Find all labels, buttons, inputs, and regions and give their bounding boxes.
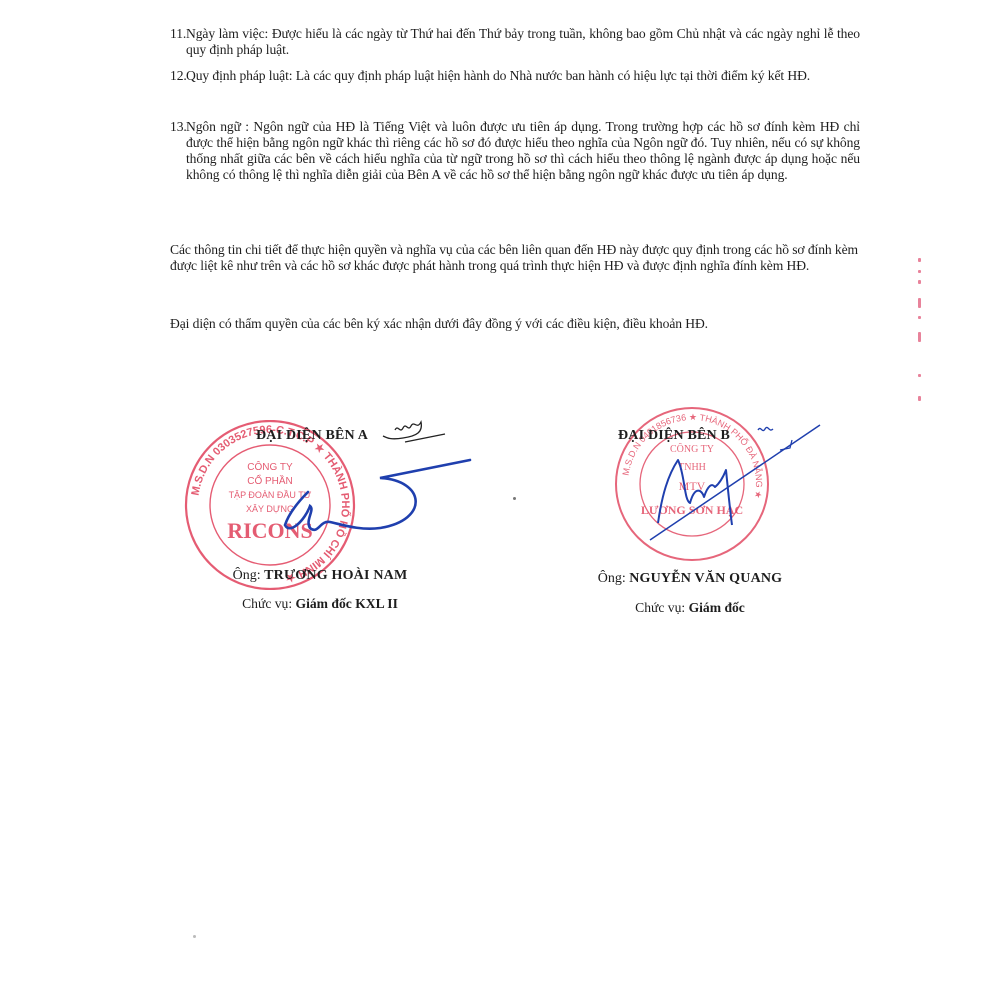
party-a-name-line: Ông: TRƯƠNG HOÀI NAM (200, 568, 440, 584)
party-b-name: NGUYỄN VĂN QUANG (629, 571, 782, 586)
item-text: Quy định pháp luật: Là các quy định pháp… (186, 68, 810, 83)
party-a-name-prefix: Ông: (233, 568, 265, 583)
item-number: 13. (170, 119, 187, 135)
party-a-name: TRƯƠNG HOÀI NAM (264, 568, 407, 583)
item-number: 12. (170, 68, 187, 84)
party-a-role: Giám đốc KXL II (296, 596, 398, 611)
edge-stamp-marks (918, 258, 926, 408)
party-b-role-line: Chức vụ: Giám đốc (570, 600, 810, 616)
party-a-role-label: Chức vụ: (242, 596, 295, 611)
definition-item-11: 11. Ngày làm việc: Được hiểu là các ngày… (170, 26, 860, 58)
details-paragraph: Các thông tin chi tiết để thực hiện quyề… (170, 242, 858, 274)
definition-item-13: 13. Ngôn ngữ : Ngôn ngữ của HĐ là Tiếng … (170, 119, 860, 183)
item-text: Ngôn ngữ : Ngôn ngữ của HĐ là Tiếng Việt… (186, 119, 860, 182)
document-page: 11. Ngày làm việc: Được hiểu là các ngày… (0, 0, 1000, 1000)
party-b-role: Giám đốc (689, 600, 745, 615)
party-a-title: ĐẠI DIỆN BÊN A (218, 428, 458, 444)
signature-block-party-b: ĐẠI DIỆN BÊN B (610, 428, 810, 444)
item-text: Ngày làm việc: Được hiểu là các ngày từ … (186, 26, 860, 57)
party-a-role-line: Chức vụ: Giám đốc KXL II (200, 596, 440, 612)
item-number: 11. (170, 26, 186, 42)
scan-speck (193, 935, 196, 938)
party-b-role-label: Chức vụ: (635, 600, 688, 615)
party-b-name-prefix: Ông: (598, 571, 630, 586)
definition-item-12: 12. Quy định pháp luật: Là các quy định … (170, 68, 860, 84)
party-b-title: ĐẠI DIỆN BÊN B (610, 428, 810, 444)
authorization-paragraph: Đại diện có thẩm quyền của các bên ký xá… (170, 316, 858, 332)
signature-block-party-a: ĐẠI DIỆN BÊN A (218, 428, 458, 444)
scan-speck (513, 497, 516, 500)
party-b-name-line: Ông: NGUYỄN VĂN QUANG (570, 571, 810, 587)
